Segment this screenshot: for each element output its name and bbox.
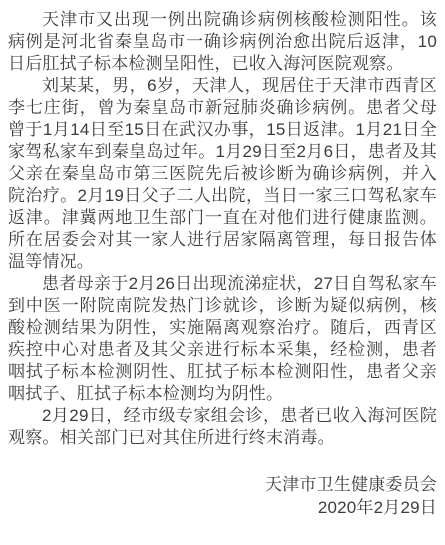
paragraph-1: 天津市又出现一例出院确诊病例核酸检测阳性。该病例是河北省秦皇岛市一确诊病例治愈出… — [8, 9, 437, 75]
signature-block: 天津市卫生健康委员会 2020年2月29日 — [8, 473, 437, 519]
paragraph-2: 刘某某，男，6岁，天津人，现居住于天津市西青区李七庄街，曾为秦皇岛市新冠肺炎确诊… — [8, 75, 437, 273]
announcement-document: 天津市又出现一例出院确诊病例核酸检测阳性。该病例是河北省秦皇岛市一确诊病例治愈出… — [0, 0, 445, 545]
signature-organization: 天津市卫生健康委员会 — [8, 473, 437, 496]
signature-date: 2020年2月29日 — [8, 496, 437, 519]
paragraph-3: 患者母亲于2月26日出现流涕症状，27日自驾私家车到中医一附院南院发热门诊就诊，… — [8, 273, 437, 405]
document-body: 天津市又出现一例出院确诊病例核酸检测阳性。该病例是河北省秦皇岛市一确诊病例治愈出… — [8, 9, 437, 449]
paragraph-4: 2月29日，经市级专家组会诊，患者已收入海河医院观察。相关部门已对其住所进行终末… — [8, 405, 437, 449]
